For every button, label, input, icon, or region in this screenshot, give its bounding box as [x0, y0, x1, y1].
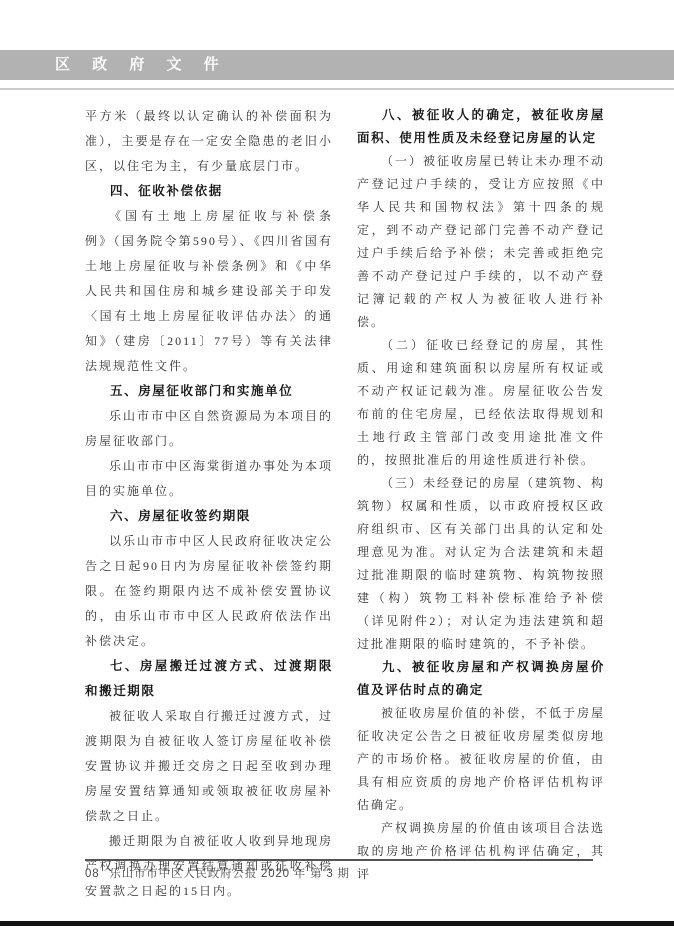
left-column: 平方米（最终以认定确认的补偿面积为准），主要是存在一定安全隐患的老旧小区，以住宅…	[85, 104, 333, 904]
paragraph: 以乐山市市中区人民政府征收决定公告之日起90日内为房屋征收补偿签约期限。在签约期…	[85, 529, 333, 654]
section-heading-9: 九、被征收房屋和产权调换房屋价值及评估时点的确定	[357, 656, 605, 702]
paragraph: 《国有土地上房屋征收与补偿条例》（国务院令第590号）、《四川省国有土地上房屋征…	[85, 204, 333, 379]
page-footer: 08乐山市市中区人民政府公报 2020 年 第 3 期	[85, 866, 350, 882]
paragraph: （一）被征收房屋已转让未办理不动产登记过户手续的，受让方应按照《中华人民共和国物…	[357, 150, 605, 334]
section-banner: 区 政 府 文 件	[0, 50, 674, 80]
section-heading-6: 六、房屋征收签约期限	[85, 504, 333, 529]
paragraph-truncated: 产权调换房屋的价值由该项目合法选取的房地产价格评估机构评估确定，其评	[357, 817, 605, 886]
banner-rule	[0, 88, 674, 90]
document-body: 平方米（最终以认定确认的补偿面积为准），主要是存在一定安全隐患的老旧小区，以住宅…	[85, 104, 605, 904]
footer-rule	[85, 859, 593, 861]
paragraph: 被征收人采取自行搬迁过渡方式，过渡期限为自被征收人签订房屋征收补偿安置协议并搬迁…	[85, 704, 333, 829]
paragraph: 乐山市市中区海棠街道办事处为本项目的实施单位。	[85, 454, 333, 504]
section-heading-8: 八、被征收人的确定，被征收房屋面积、使用性质及未经登记房屋的认定	[357, 104, 605, 150]
bottom-border	[0, 921, 674, 926]
section-heading-5: 五、房屋征收部门和实施单位	[85, 379, 333, 404]
gazette-title: 乐山市市中区人民政府公报 2020 年 第 3 期	[109, 868, 349, 880]
section-heading-7: 七、房屋搬迁过渡方式、过渡期限和搬迁期限	[85, 654, 333, 704]
right-column: 八、被征收人的确定，被征收房屋面积、使用性质及未经登记房屋的认定 （一）被征收房…	[357, 104, 605, 904]
paragraph-continuation: 平方米（最终以认定确认的补偿面积为准），主要是存在一定安全隐患的老旧小区，以住宅…	[85, 104, 333, 179]
paragraph: （二）征收已经登记的房屋，其性质、用途和建筑面积以房屋所有权证或不动产权证记载为…	[357, 334, 605, 472]
banner-title: 区 政 府 文 件	[55, 50, 228, 80]
section-heading-4: 四、征收补偿依据	[85, 179, 333, 204]
page-number: 08	[85, 868, 99, 880]
paragraph: （三）未经登记的房屋（建筑物、构筑物）权属和性质，以市政府授权区政府组织市、区有…	[357, 472, 605, 656]
paragraph: 被征收房屋价值的补偿，不低于房屋征收决定公告之日被征收房屋类似房地产的市场价格。…	[357, 702, 605, 817]
document-page: 区 政 府 文 件 平方米（最终以认定确认的补偿面积为准），主要是存在一定安全隐…	[0, 0, 674, 929]
paragraph: 乐山市市中区自然资源局为本项目的房屋征收部门。	[85, 404, 333, 454]
